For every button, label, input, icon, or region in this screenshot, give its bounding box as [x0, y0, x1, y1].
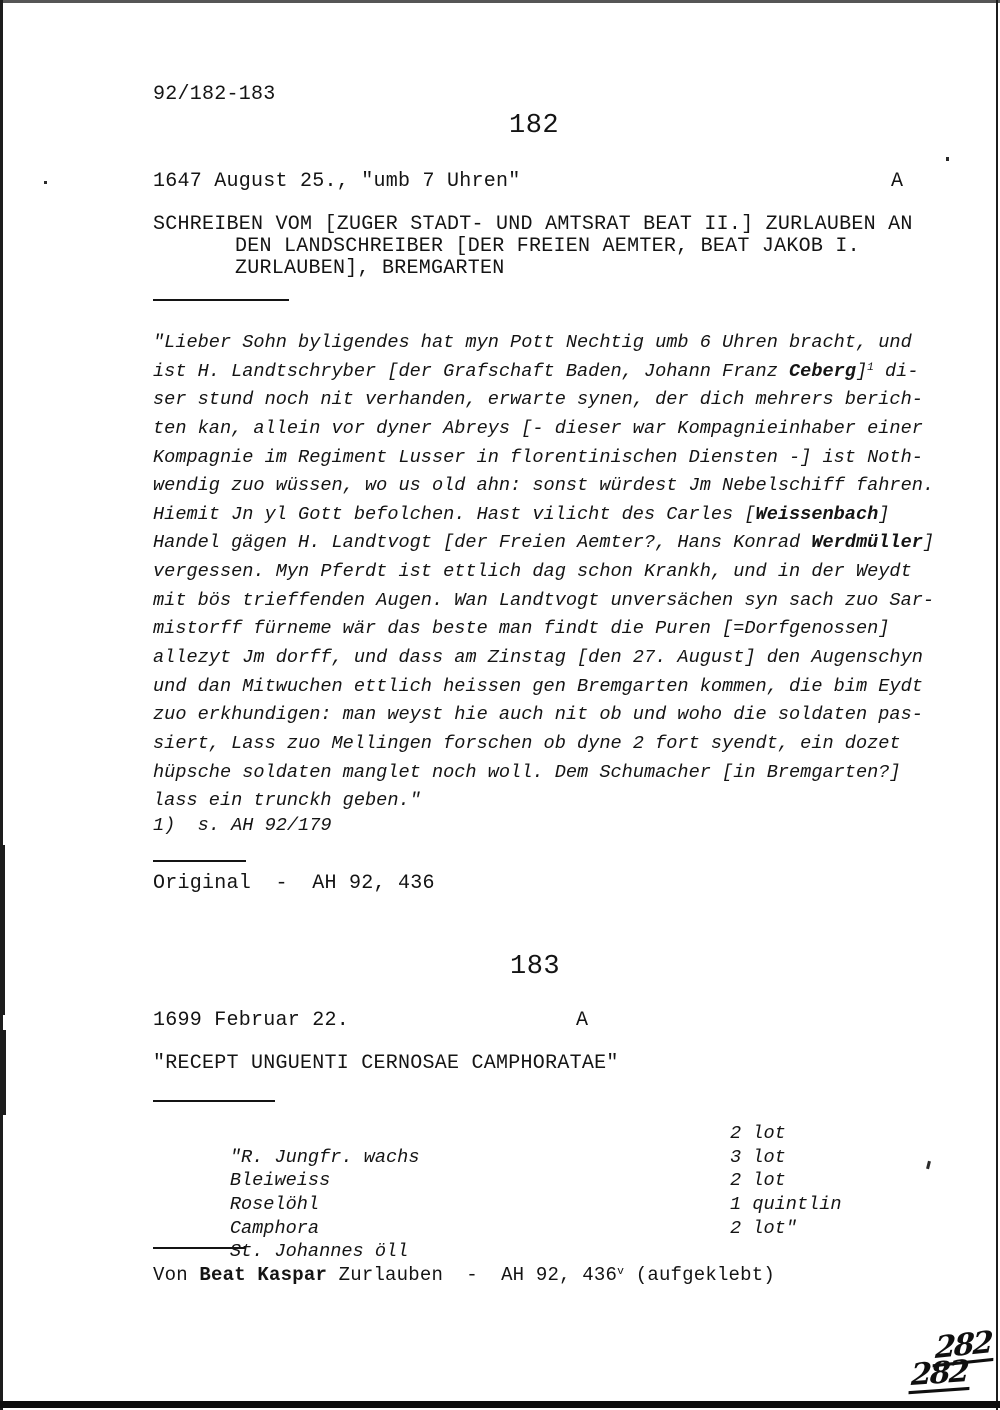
quote-line: wendig zuo wüssen, wo us old ahn: sonst …: [153, 472, 934, 501]
recipe-amount: 3 lot: [730, 1146, 786, 1170]
entry-182-number: 182: [509, 113, 559, 140]
scan-edge-top: [0, 0, 1000, 3]
recipe-amount: 2 lot: [730, 1169, 786, 1193]
scan-speck: [44, 181, 47, 184]
recipe-amount: 2 lot: [730, 1122, 786, 1146]
scan-edge-left-blob2: [0, 1030, 6, 1115]
entry-183-recipe-table: "R. Jungfr. wachs 2 lot Bleiweiss 3 lot …: [153, 1122, 913, 1240]
quote-line: allezyt Jm dorff, und dass am Zinstag [d…: [153, 644, 934, 673]
archive-reference: 92/182-183: [153, 84, 276, 106]
entry-182-title-line: DEN LANDSCHREIBER [DER FREIEN AEMTER, BE…: [153, 236, 913, 258]
quote-line: mit bös trieffenden Augen. Wan Landtvogt…: [153, 587, 934, 616]
quote-line: lass ein trunckh geben.": [153, 787, 934, 816]
entry-182-date: 1647 August 25., "umb 7 Uhren": [153, 171, 521, 193]
quote-line: Handel gägen H. Landtvogt [der Freien Ae…: [153, 529, 934, 558]
quote-line: Kompagnie im Regiment Lusser in florenti…: [153, 444, 934, 473]
quote-line: siert, Lass zuo Mellingen forschen ob dy…: [153, 730, 934, 759]
entry-182-title-line: ZURLAUBEN], BREMGARTEN: [153, 258, 913, 280]
quote-line: vergessen. Myn Pferdt ist ettlich dag sc…: [153, 558, 934, 587]
recipe-row: St. Johannes öll 2 lot": [153, 1217, 913, 1241]
scan-speck: [926, 1161, 931, 1169]
scan-edge-bottom: [0, 1401, 1000, 1408]
quote-line: hüpsche soldaten manglet noch woll. Dem …: [153, 759, 934, 788]
divider-rule: [153, 299, 289, 301]
entry-183-number: 183: [510, 954, 560, 981]
scan-edge-left-blob: [0, 845, 5, 1015]
entry-182-footnote: 1) s. AH 92/179: [153, 815, 332, 837]
recipe-row: Bleiweiss 3 lot: [153, 1146, 913, 1170]
entry-183-date: 1699 Februar 22.: [153, 1010, 349, 1032]
entry-183-provenance: Von Beat Kaspar Zurlauben - AH 92, 436v …: [153, 1264, 775, 1286]
scan-edge-right: [996, 0, 998, 1410]
divider-rule: [153, 1247, 246, 1249]
entry-182-title-block: SCHREIBEN VOM [ZUGER STADT- UND AMTSRAT …: [153, 214, 913, 280]
quote-line: ten kan, allein vor dyner Abreys [- dies…: [153, 415, 934, 444]
entry-182-marker: A: [891, 171, 903, 193]
recipe-amount: 2 lot": [730, 1217, 797, 1241]
recipe-row: "R. Jungfr. wachs 2 lot: [153, 1122, 913, 1146]
quote-line: Hiemit Jn yl Gott befolchen. Hast vilich…: [153, 501, 934, 530]
scan-edge-left: [0, 0, 3, 1410]
divider-rule: [153, 1100, 275, 1102]
scan-speck: [946, 157, 949, 161]
quote-line: ist H. Landtschryber [der Grafschaft Bad…: [153, 358, 934, 387]
entry-182-source: Original - AH 92, 436: [153, 873, 435, 895]
quote-line: mistorff fürneme wär das beste man findt…: [153, 615, 934, 644]
entry-182-title-line: SCHREIBEN VOM [ZUGER STADT- UND AMTSRAT …: [153, 214, 913, 236]
recipe-row: Camphora 1 quintlin: [153, 1193, 913, 1217]
scanned-document-page: 92/182-183 182 1647 August 25., "umb 7 U…: [0, 0, 1000, 1410]
entry-183-marker: A: [576, 1010, 588, 1032]
entry-183-title: "RECEPT UNGUENTI CERNOSAE CAMPHORATAE": [153, 1053, 619, 1075]
recipe-amount: 1 quintlin: [730, 1193, 842, 1217]
quote-line: "Lieber Sohn byligendes hat myn Pott Nec…: [153, 329, 934, 358]
entry-182-quote: "Lieber Sohn byligendes hat myn Pott Nec…: [153, 329, 934, 816]
recipe-row: Roselöhl 2 lot: [153, 1169, 913, 1193]
quote-line: zuo erkhundigen: man weyst hie auch nit …: [153, 701, 934, 730]
quote-line: ser stund noch nit verhanden, erwarte sy…: [153, 386, 934, 415]
quote-line: und dan Mitwuchen ettlich heissen gen Br…: [153, 673, 934, 702]
recipe-ingredient: St. Johannes öll: [230, 1241, 409, 1262]
handwritten-page-number: 282: [908, 1357, 970, 1394]
divider-rule: [153, 860, 246, 862]
